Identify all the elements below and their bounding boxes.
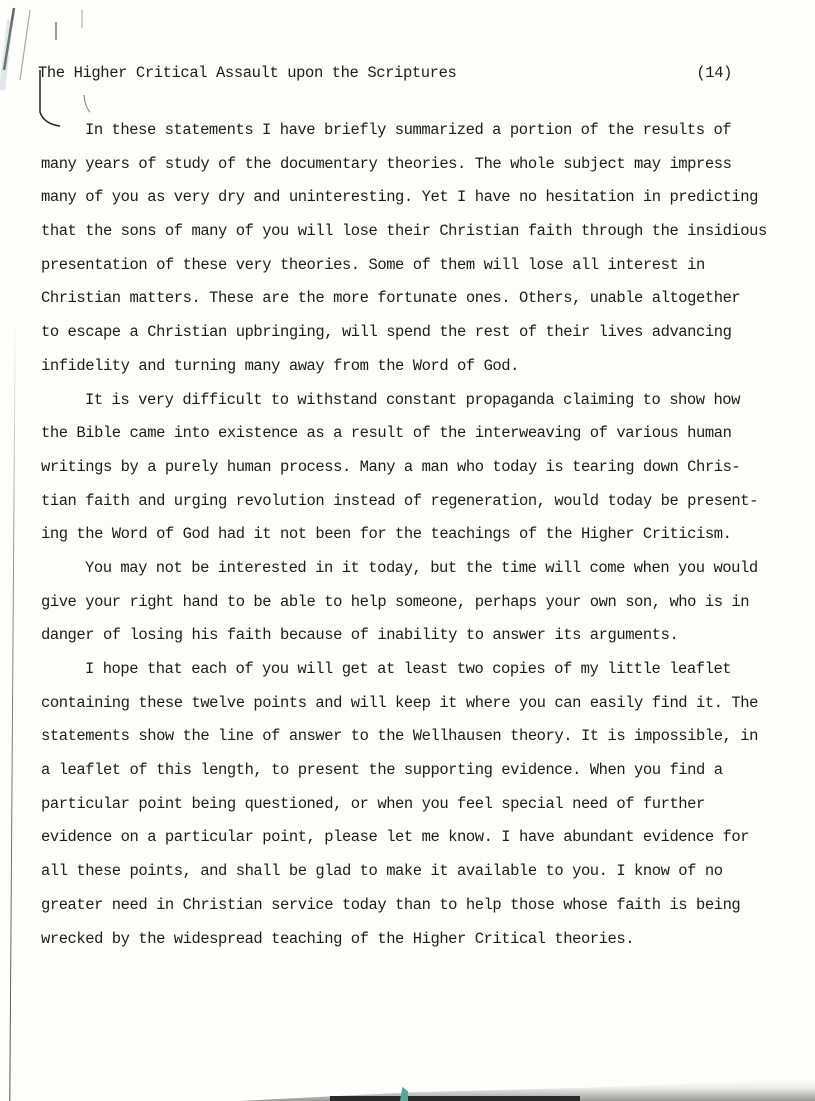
text-line: infidelity and turning many away from th… — [41, 354, 741, 388]
scan-bottom-edge — [330, 1096, 580, 1101]
text-line: evidence on a particular point, please l… — [41, 825, 741, 859]
document-body: In these statements I have briefly summa… — [41, 118, 741, 960]
text-line: You may not be interested in it today, b… — [41, 556, 741, 590]
text-line: containing these twelve points and will … — [41, 691, 741, 725]
text-line: the Bible came into existence as a resul… — [41, 421, 741, 455]
paragraph: I hope that each of you will get at leas… — [41, 657, 741, 960]
text-line: Christian matters. These are the more fo… — [41, 286, 741, 320]
text-line: ing the Word of God had it not been for … — [41, 522, 741, 556]
scan-bottom-tab — [400, 1087, 408, 1101]
text-line: particular point being questioned, or wh… — [41, 792, 741, 826]
paragraph: It is very difficult to withstand consta… — [41, 388, 741, 556]
text-line: many of you as very dry and uninterestin… — [41, 185, 741, 219]
page-header: The Higher Critical Assault upon the Scr… — [38, 64, 732, 88]
text-line: In these statements I have briefly summa… — [41, 118, 741, 152]
text-line: many years of study of the documentary t… — [41, 152, 741, 186]
text-line: wrecked by the widespread teaching of th… — [41, 927, 741, 961]
page-number: (14) — [696, 64, 732, 82]
text-line: all these points, and shall be glad to m… — [41, 859, 741, 893]
text-line: presentation of these very theories. Som… — [41, 253, 741, 287]
text-line: statements show the line of answer to th… — [41, 724, 741, 758]
text-line: It is very difficult to withstand consta… — [41, 388, 741, 422]
scanned-page: The Higher Critical Assault upon the Scr… — [0, 0, 815, 1101]
paragraph: In these statements I have briefly summa… — [41, 118, 741, 388]
text-line: a leaflet of this length, to present the… — [41, 758, 741, 792]
text-line: tian faith and urging revolution instead… — [41, 489, 741, 523]
text-line: danger of losing his faith because of in… — [41, 623, 741, 657]
text-line: that the sons of many of you will lose t… — [41, 219, 741, 253]
text-line: writings by a purely human process. Many… — [41, 455, 741, 489]
text-line: to escape a Christian upbringing, will s… — [41, 320, 741, 354]
document-title: The Higher Critical Assault upon the Scr… — [38, 64, 456, 82]
text-line: give your right hand to be able to help … — [41, 590, 741, 624]
text-line: greater need in Christian service today … — [41, 893, 741, 927]
text-line: I hope that each of you will get at leas… — [41, 657, 741, 691]
scan-edge-line — [9, 320, 15, 1101]
paragraph: You may not be interested in it today, b… — [41, 556, 741, 657]
